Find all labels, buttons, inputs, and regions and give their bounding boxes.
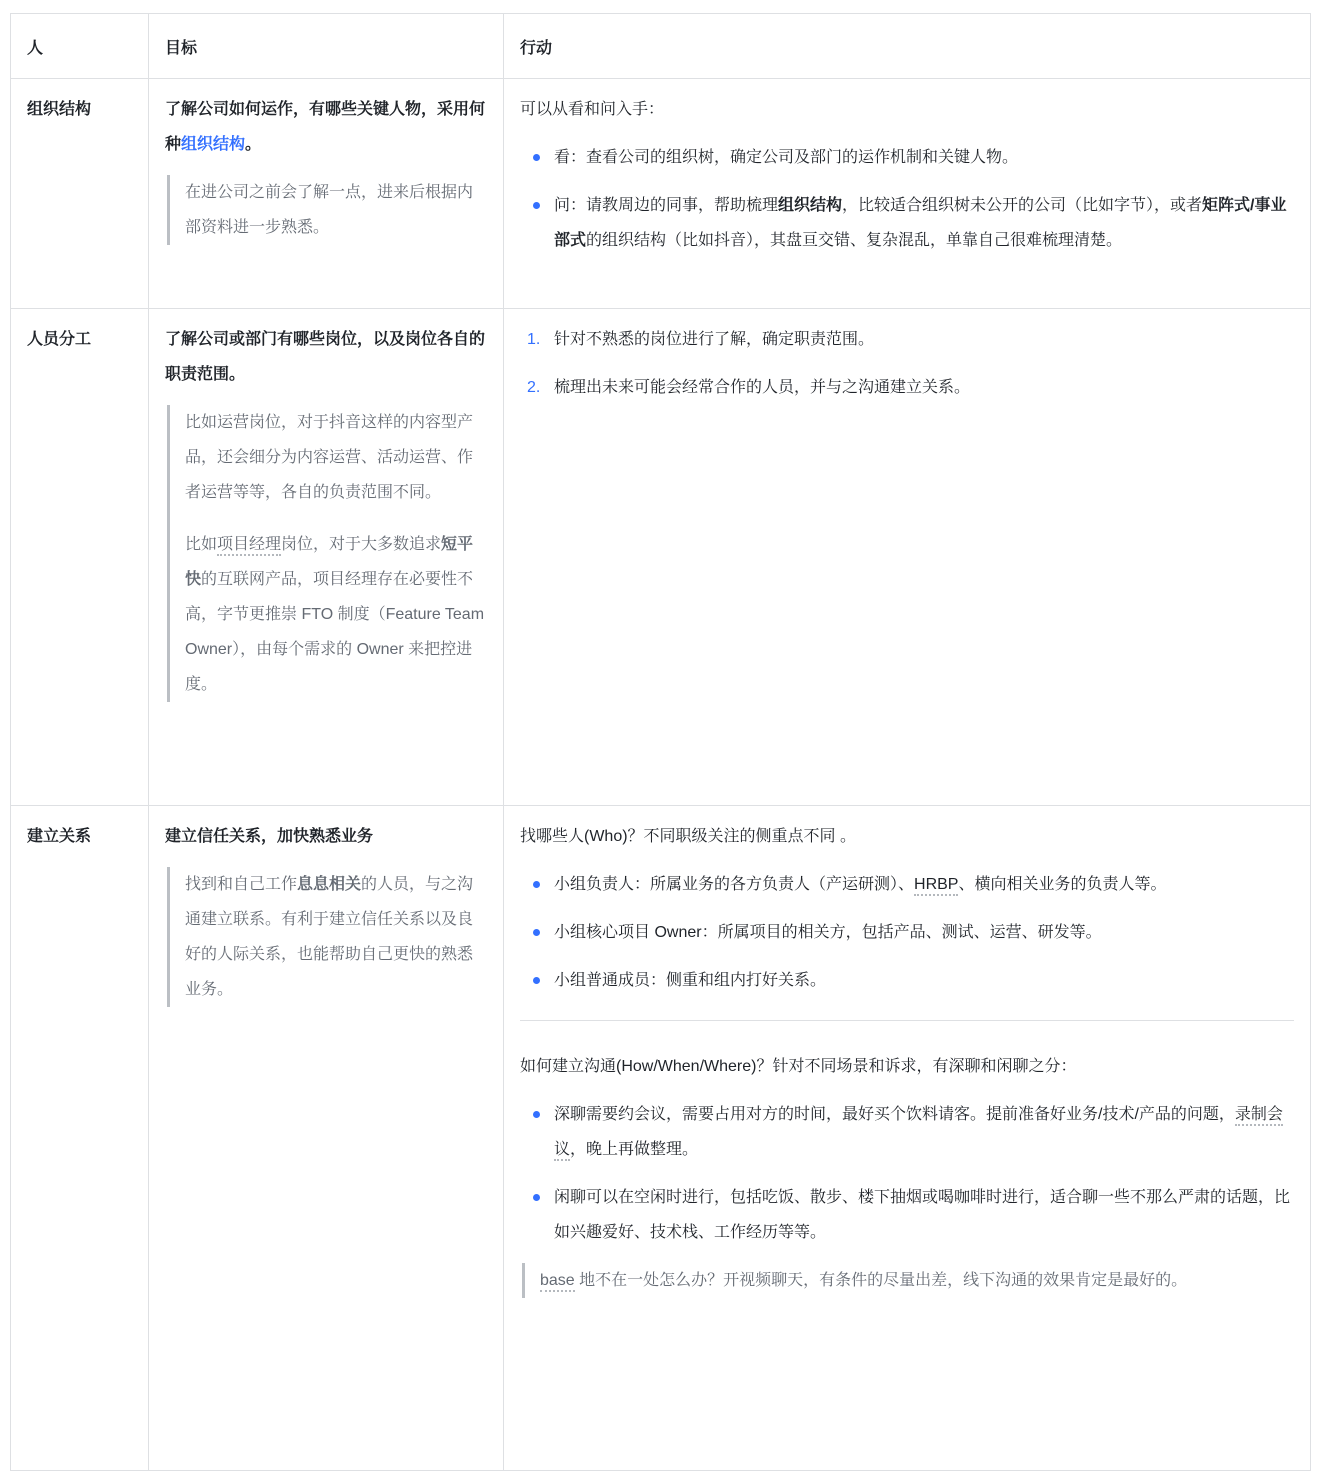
paragraph: 如何建立沟通(How/When/Where)？针对不同场景和诉求，有深聊和闲聊之… (520, 1049, 1294, 1084)
table-row-role-division: 人员分工 了解公司或部门有哪些岗位，以及岗位各自的职责范围。比如运营岗位，对于抖… (11, 309, 1311, 806)
text-segment: 小组负责人：所属业务的各方负责人（产运研测）、 (554, 876, 914, 893)
bullet-icon (533, 929, 540, 936)
text-segment: 息息相关 (297, 876, 361, 893)
text-segment: 针对不熟悉的岗位进行了解，确定职责范围。 (554, 331, 874, 348)
text-segment: 找到和自己工作 (185, 876, 297, 893)
text-segment: 找哪些人(Who)？不同职级关注的侧重点不同 。 (520, 828, 856, 845)
text-segment: 建立信任关系，加快熟悉业务 (165, 828, 373, 845)
text-segment: 组织结构 (778, 197, 842, 214)
text-segment: 了解公司或部门有哪些岗位，以及岗位各自的职责范围。 (165, 331, 485, 383)
column-header-person: 人 (11, 14, 149, 79)
numbered-list: 1.针对不熟悉的岗位进行了解，确定职责范围。2.梳理出未来可能会经常合作的人员，… (520, 322, 1294, 405)
row-label: 组织结构 (27, 92, 132, 127)
cell-action[interactable]: 找哪些人(Who)？不同职级关注的侧重点不同 。小组负责人：所属业务的各方负责人… (504, 806, 1311, 1471)
text-segment: ，比较适合组织树未公开的公司（比如字节），或者 (842, 197, 1202, 214)
bullet-list: 深聊需要约会议，需要占用对方的时间，最好买个饮料请客。提前准备好业务/技术/产品… (520, 1097, 1294, 1250)
quote-paragraph: base 地不在一处怎么办？开视频聊天，有条件的尽量出差，线下沟通的效果肯定是最… (540, 1263, 1294, 1298)
annotated-term: 项目经理 (217, 536, 281, 556)
cell-goal[interactable]: 了解公司或部门有哪些岗位，以及岗位各自的职责范围。比如运营岗位，对于抖音这样的内… (149, 309, 504, 806)
text-segment: ，晚上再做整理。 (570, 1141, 698, 1158)
column-header-goal: 目标 (149, 14, 504, 79)
bullet-icon (533, 881, 540, 888)
list-item: 2.梳理出未来可能会经常合作的人员，并与之沟通建立关系。 (520, 370, 1294, 405)
list-item-text: 梳理出未来可能会经常合作的人员，并与之沟通建立关系。 (554, 379, 970, 396)
text-segment: 。 (245, 136, 261, 153)
annotated-term: base (540, 1272, 575, 1292)
list-item: 小组负责人：所属业务的各方负责人（产运研测）、HRBP、横向相关业务的负责人等。 (520, 867, 1294, 902)
bullet-icon (533, 977, 540, 984)
quote-paragraph: 比如运营岗位，对于抖音这样的内容型产品，还会细分为内容运营、活动运营、作者运营等… (185, 405, 487, 510)
cell-action[interactable]: 1.针对不熟悉的岗位进行了解，确定职责范围。2.梳理出未来可能会经常合作的人员，… (504, 309, 1311, 806)
header-row: 人 目标 行动 (11, 14, 1311, 79)
table-row-build-relationship: 建立关系 建立信任关系，加快熟悉业务找到和自己工作息息相关的人员，与之沟通建立联… (11, 806, 1311, 1471)
text-segment: 看：查看公司的组织树，确定公司及部门的运作机制和关键人物。 (554, 149, 1018, 166)
inline-link[interactable]: 组织结构 (181, 136, 245, 153)
paragraph: 可以从看和问入手： (520, 92, 1294, 127)
text-segment: 比如 (185, 536, 217, 553)
cell-goal[interactable]: 建立信任关系，加快熟悉业务找到和自己工作息息相关的人员，与之沟通建立联系。有利于… (149, 806, 504, 1471)
table-row-org-structure: 组织结构 了解公司如何运作，有哪些关键人物，采用何种组织结构。在进公司之前会了解… (11, 79, 1311, 309)
quote-block: 找到和自己工作息息相关的人员，与之沟通建立联系。有利于建立信任关系以及良好的人际… (167, 867, 487, 1007)
annotated-term: HRBP (914, 876, 958, 896)
list-item-text: 小组普通成员：侧重和组内打好关系。 (554, 972, 826, 989)
column-header-action: 行动 (504, 14, 1311, 79)
quote-paragraph: 找到和自己工作息息相关的人员，与之沟通建立联系。有利于建立信任关系以及良好的人际… (185, 867, 487, 1007)
text-segment: 可以从看和问入手： (520, 101, 664, 118)
list-item-text: 看：查看公司的组织树，确定公司及部门的运作机制和关键人物。 (554, 149, 1018, 166)
bullet-icon (533, 1111, 540, 1118)
text-segment: 在进公司之前会了解一点，进来后根据内部资料进一步熟悉。 (185, 184, 473, 236)
list-item: 闲聊可以在空闲时进行，包括吃饭、散步、楼下抽烟或喝咖啡时进行，适合聊一些不那么严… (520, 1180, 1294, 1250)
cell-action[interactable]: 可以从看和问入手：看：查看公司的组织树，确定公司及部门的运作机制和关键人物。问：… (504, 79, 1311, 309)
quote-block: 比如运营岗位，对于抖音这样的内容型产品，还会细分为内容运营、活动运营、作者运营等… (167, 405, 487, 702)
divider (520, 1020, 1294, 1021)
paragraph: 找哪些人(Who)？不同职级关注的侧重点不同 。 (520, 819, 1294, 854)
text-segment: 岗位，对于大多数追求 (281, 536, 441, 553)
row-label: 人员分工 (27, 322, 132, 357)
paragraph: 了解公司如何运作，有哪些关键人物，采用何种组织结构。 (165, 92, 487, 162)
list-item: 看：查看公司的组织树，确定公司及部门的运作机制和关键人物。 (520, 140, 1294, 175)
list-item-text: 深聊需要约会议，需要占用对方的时间，最好买个饮料请客。提前准备好业务/技术/产品… (554, 1106, 1283, 1161)
text-segment: 小组普通成员：侧重和组内打好关系。 (554, 972, 826, 989)
list-number: 1. (527, 322, 540, 357)
text-segment: 小组核心项目 Owner：所属项目的相关方，包括产品、测试、运营、研发等。 (554, 924, 1102, 941)
list-item-text: 小组负责人：所属业务的各方负责人（产运研测）、HRBP、横向相关业务的负责人等。 (554, 876, 1166, 896)
text-segment: 、横向相关业务的负责人等。 (958, 876, 1166, 893)
bullet-list: 看：查看公司的组织树，确定公司及部门的运作机制和关键人物。问：请教周边的同事，帮… (520, 140, 1294, 258)
cell-person[interactable]: 建立关系 (11, 806, 149, 1471)
list-item-text: 小组核心项目 Owner：所属项目的相关方，包括产品、测试、运营、研发等。 (554, 924, 1102, 941)
text-segment: 如何建立沟通(How/When/Where)？针对不同场景和诉求，有深聊和闲聊之… (520, 1058, 1076, 1075)
bullet-icon (533, 202, 540, 209)
list-item: 问：请教周边的同事，帮助梳理组织结构，比较适合组织树未公开的公司（比如字节），或… (520, 188, 1294, 258)
list-item-text: 针对不熟悉的岗位进行了解，确定职责范围。 (554, 331, 874, 348)
cell-goal[interactable]: 了解公司如何运作，有哪些关键人物，采用何种组织结构。在进公司之前会了解一点，进来… (149, 79, 504, 309)
list-item: 小组普通成员：侧重和组内打好关系。 (520, 963, 1294, 998)
list-item: 1.针对不熟悉的岗位进行了解，确定职责范围。 (520, 322, 1294, 357)
bullet-icon (533, 1194, 540, 1201)
text-segment: 比如运营岗位，对于抖音这样的内容型产品，还会细分为内容运营、活动运营、作者运营等… (185, 414, 473, 501)
quote-block: base 地不在一处怎么办？开视频聊天，有条件的尽量出差，线下沟通的效果肯定是最… (522, 1263, 1294, 1298)
list-number: 2. (527, 370, 540, 405)
text-segment: 地不在一处怎么办？开视频聊天，有条件的尽量出差，线下沟通的效果肯定是最好的。 (575, 1272, 1187, 1289)
quote-block: 在进公司之前会了解一点，进来后根据内部资料进一步熟悉。 (167, 175, 487, 245)
paragraph: 了解公司或部门有哪些岗位，以及岗位各自的职责范围。 (165, 322, 487, 392)
list-item: 小组核心项目 Owner：所属项目的相关方，包括产品、测试、运营、研发等。 (520, 915, 1294, 950)
bullet-list: 小组负责人：所属业务的各方负责人（产运研测）、HRBP、横向相关业务的负责人等。… (520, 867, 1294, 998)
cell-person[interactable]: 组织结构 (11, 79, 149, 309)
text-segment: 深聊需要约会议，需要占用对方的时间，最好买个饮料请客。提前准备好业务/技术/产品… (554, 1106, 1235, 1123)
document-page: 人 目标 行动 组织结构 了解公司如何运作，有哪些关键人物，采用何种组织结构。在… (0, 0, 1320, 1483)
bullet-icon (533, 154, 540, 161)
text-segment: 的人员，与之沟通建立联系。有利于建立信任关系以及良好的人际关系，也能帮助自己更快… (185, 876, 473, 998)
row-label: 建立关系 (27, 819, 132, 854)
text-segment: 闲聊可以在空闲时进行，包括吃饭、散步、楼下抽烟或喝咖啡时进行，适合聊一些不那么严… (554, 1189, 1290, 1241)
list-item-text: 问：请教周边的同事，帮助梳理组织结构，比较适合组织树未公开的公司（比如字节），或… (554, 197, 1287, 249)
onboarding-table: 人 目标 行动 组织结构 了解公司如何运作，有哪些关键人物，采用何种组织结构。在… (10, 13, 1311, 1471)
quote-paragraph: 比如项目经理岗位，对于大多数追求短平快的互联网产品，项目经理存在必要性不高，字节… (185, 527, 487, 702)
list-item: 深聊需要约会议，需要占用对方的时间，最好买个饮料请客。提前准备好业务/技术/产品… (520, 1097, 1294, 1167)
cell-person[interactable]: 人员分工 (11, 309, 149, 806)
paragraph: 建立信任关系，加快熟悉业务 (165, 819, 487, 854)
list-item-text: 闲聊可以在空闲时进行，包括吃饭、散步、楼下抽烟或喝咖啡时进行，适合聊一些不那么严… (554, 1189, 1290, 1241)
text-segment: 的组织结构（比如抖音），其盘亘交错、复杂混乱，单靠自己很难梳理清楚。 (586, 232, 1122, 249)
text-segment: 的互联网产品，项目经理存在必要性不高，字节更推崇 FTO 制度（Feature … (185, 571, 484, 693)
text-segment: 问：请教周边的同事，帮助梳理 (554, 197, 778, 214)
quote-paragraph: 在进公司之前会了解一点，进来后根据内部资料进一步熟悉。 (185, 175, 487, 245)
text-segment: 梳理出未来可能会经常合作的人员，并与之沟通建立关系。 (554, 379, 970, 396)
